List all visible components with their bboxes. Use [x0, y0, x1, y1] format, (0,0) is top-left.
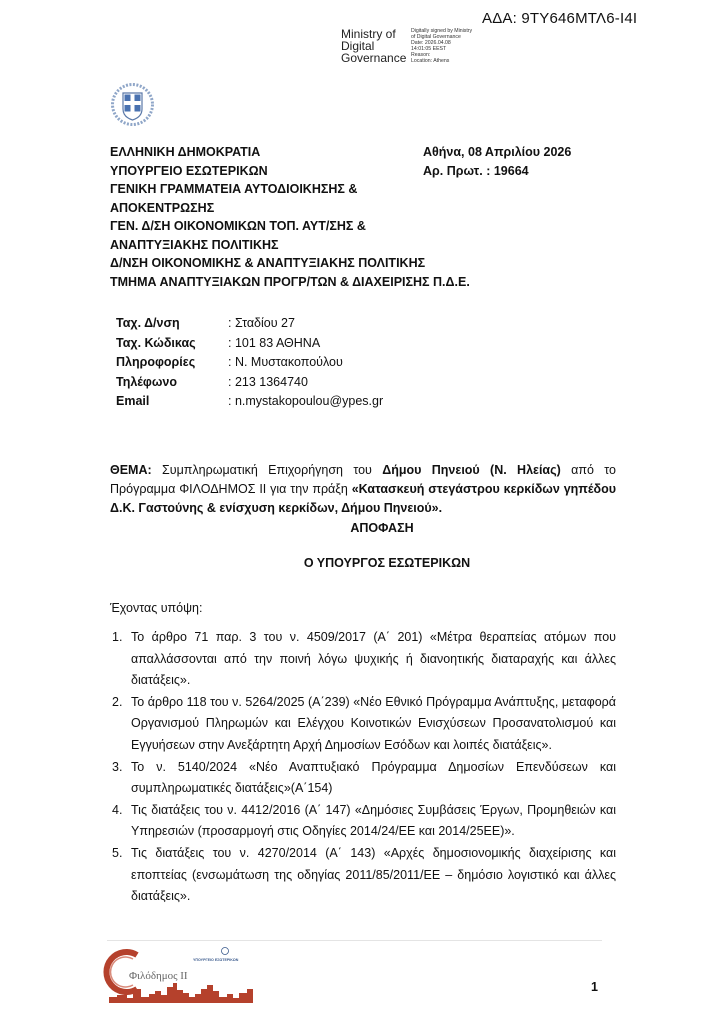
footer-divider: [107, 940, 602, 941]
protocol-number: Αρ. Πρωτ. : 19664: [423, 162, 571, 181]
contact-row: Τηλέφωνο : 213 1364740: [116, 373, 383, 393]
subject-paragraph: ΘΕΜΑ: Συμπληρωματική Επιχορήγηση του Δήμ…: [110, 461, 616, 518]
page-number: 1: [591, 980, 598, 994]
date-block: Αθήνα, 08 Απριλίου 2026 Αρ. Πρωτ. : 1966…: [423, 143, 571, 180]
coat-of-arms-icon: [110, 82, 155, 127]
filodimos-logo-icon: Φιλόδημος ΙΙ ΥΠΟΥΡΓΕΙΟ ΕΣΩΤΕΡΙΚΩΝ: [103, 945, 263, 1007]
contact-row: Πληροφορίες : Ν. Μυστακοπούλου: [116, 353, 383, 373]
email-link[interactable]: : n.mystakopoulou@ypes.gr: [228, 392, 383, 412]
ada-code: ΑΔΑ: 9ΤΥ646ΜΤΛ6-Ι4Ι: [482, 10, 637, 27]
decision-title: ΑΠΟΦΑΣΗ: [0, 521, 724, 535]
considerations-list: 1. Το άρθρο 71 παρ. 3 του ν. 4509/2017 (…: [112, 627, 616, 908]
document-date: Αθήνα, 08 Απριλίου 2026: [423, 143, 571, 162]
contact-row: Ταχ. Δ/νση : Σταδίου 27: [116, 314, 383, 334]
signature-details: Digitally signed by Ministry of Digital …: [411, 28, 491, 64]
list-item: 1. Το άρθρο 71 παρ. 3 του ν. 4509/2017 (…: [112, 627, 616, 692]
minister-title: Ο ΥΠΟΥΡΓΟΣ ΕΣΩΤΕΡΙΚΩΝ: [0, 556, 724, 570]
considering-heading: Έχοντας υπόψη:: [110, 601, 202, 615]
list-item: 5. Τις διατάξεις του ν. 4270/2014 (Α΄ 14…: [112, 843, 616, 908]
contact-row: Email : n.mystakopoulou@ypes.gr: [116, 392, 383, 412]
list-item: 2. Το άρθρο 118 του ν. 5264/2025 (Α΄239)…: [112, 692, 616, 757]
list-item: 3. Το ν. 5140/2024 «Νέο Αναπτυξιακό Πρόγ…: [112, 757, 616, 800]
signature-organization: Ministry of Digital Governance: [341, 28, 406, 64]
contact-info: Ταχ. Δ/νση : Σταδίου 27 Ταχ. Κώδικας : 1…: [116, 314, 383, 412]
svg-text:ΥΠΟΥΡΓΕΙΟ ΕΣΩΤΕΡΙΚΩΝ: ΥΠΟΥΡΓΕΙΟ ΕΣΩΤΕΡΙΚΩΝ: [193, 958, 239, 962]
list-item: 4. Τις διατάξεις του ν. 4412/2016 (Α΄ 14…: [112, 800, 616, 843]
svg-text:Φιλόδημος ΙΙ: Φιλόδημος ΙΙ: [129, 970, 188, 982]
contact-row: Ταχ. Κώδικας : 101 83 ΑΘΗΝΑ: [116, 334, 383, 354]
subject-label: ΘΕΜΑ:: [110, 463, 152, 477]
municipality-name: Δήμου Πηνειού (Ν. Ηλείας): [382, 463, 561, 477]
